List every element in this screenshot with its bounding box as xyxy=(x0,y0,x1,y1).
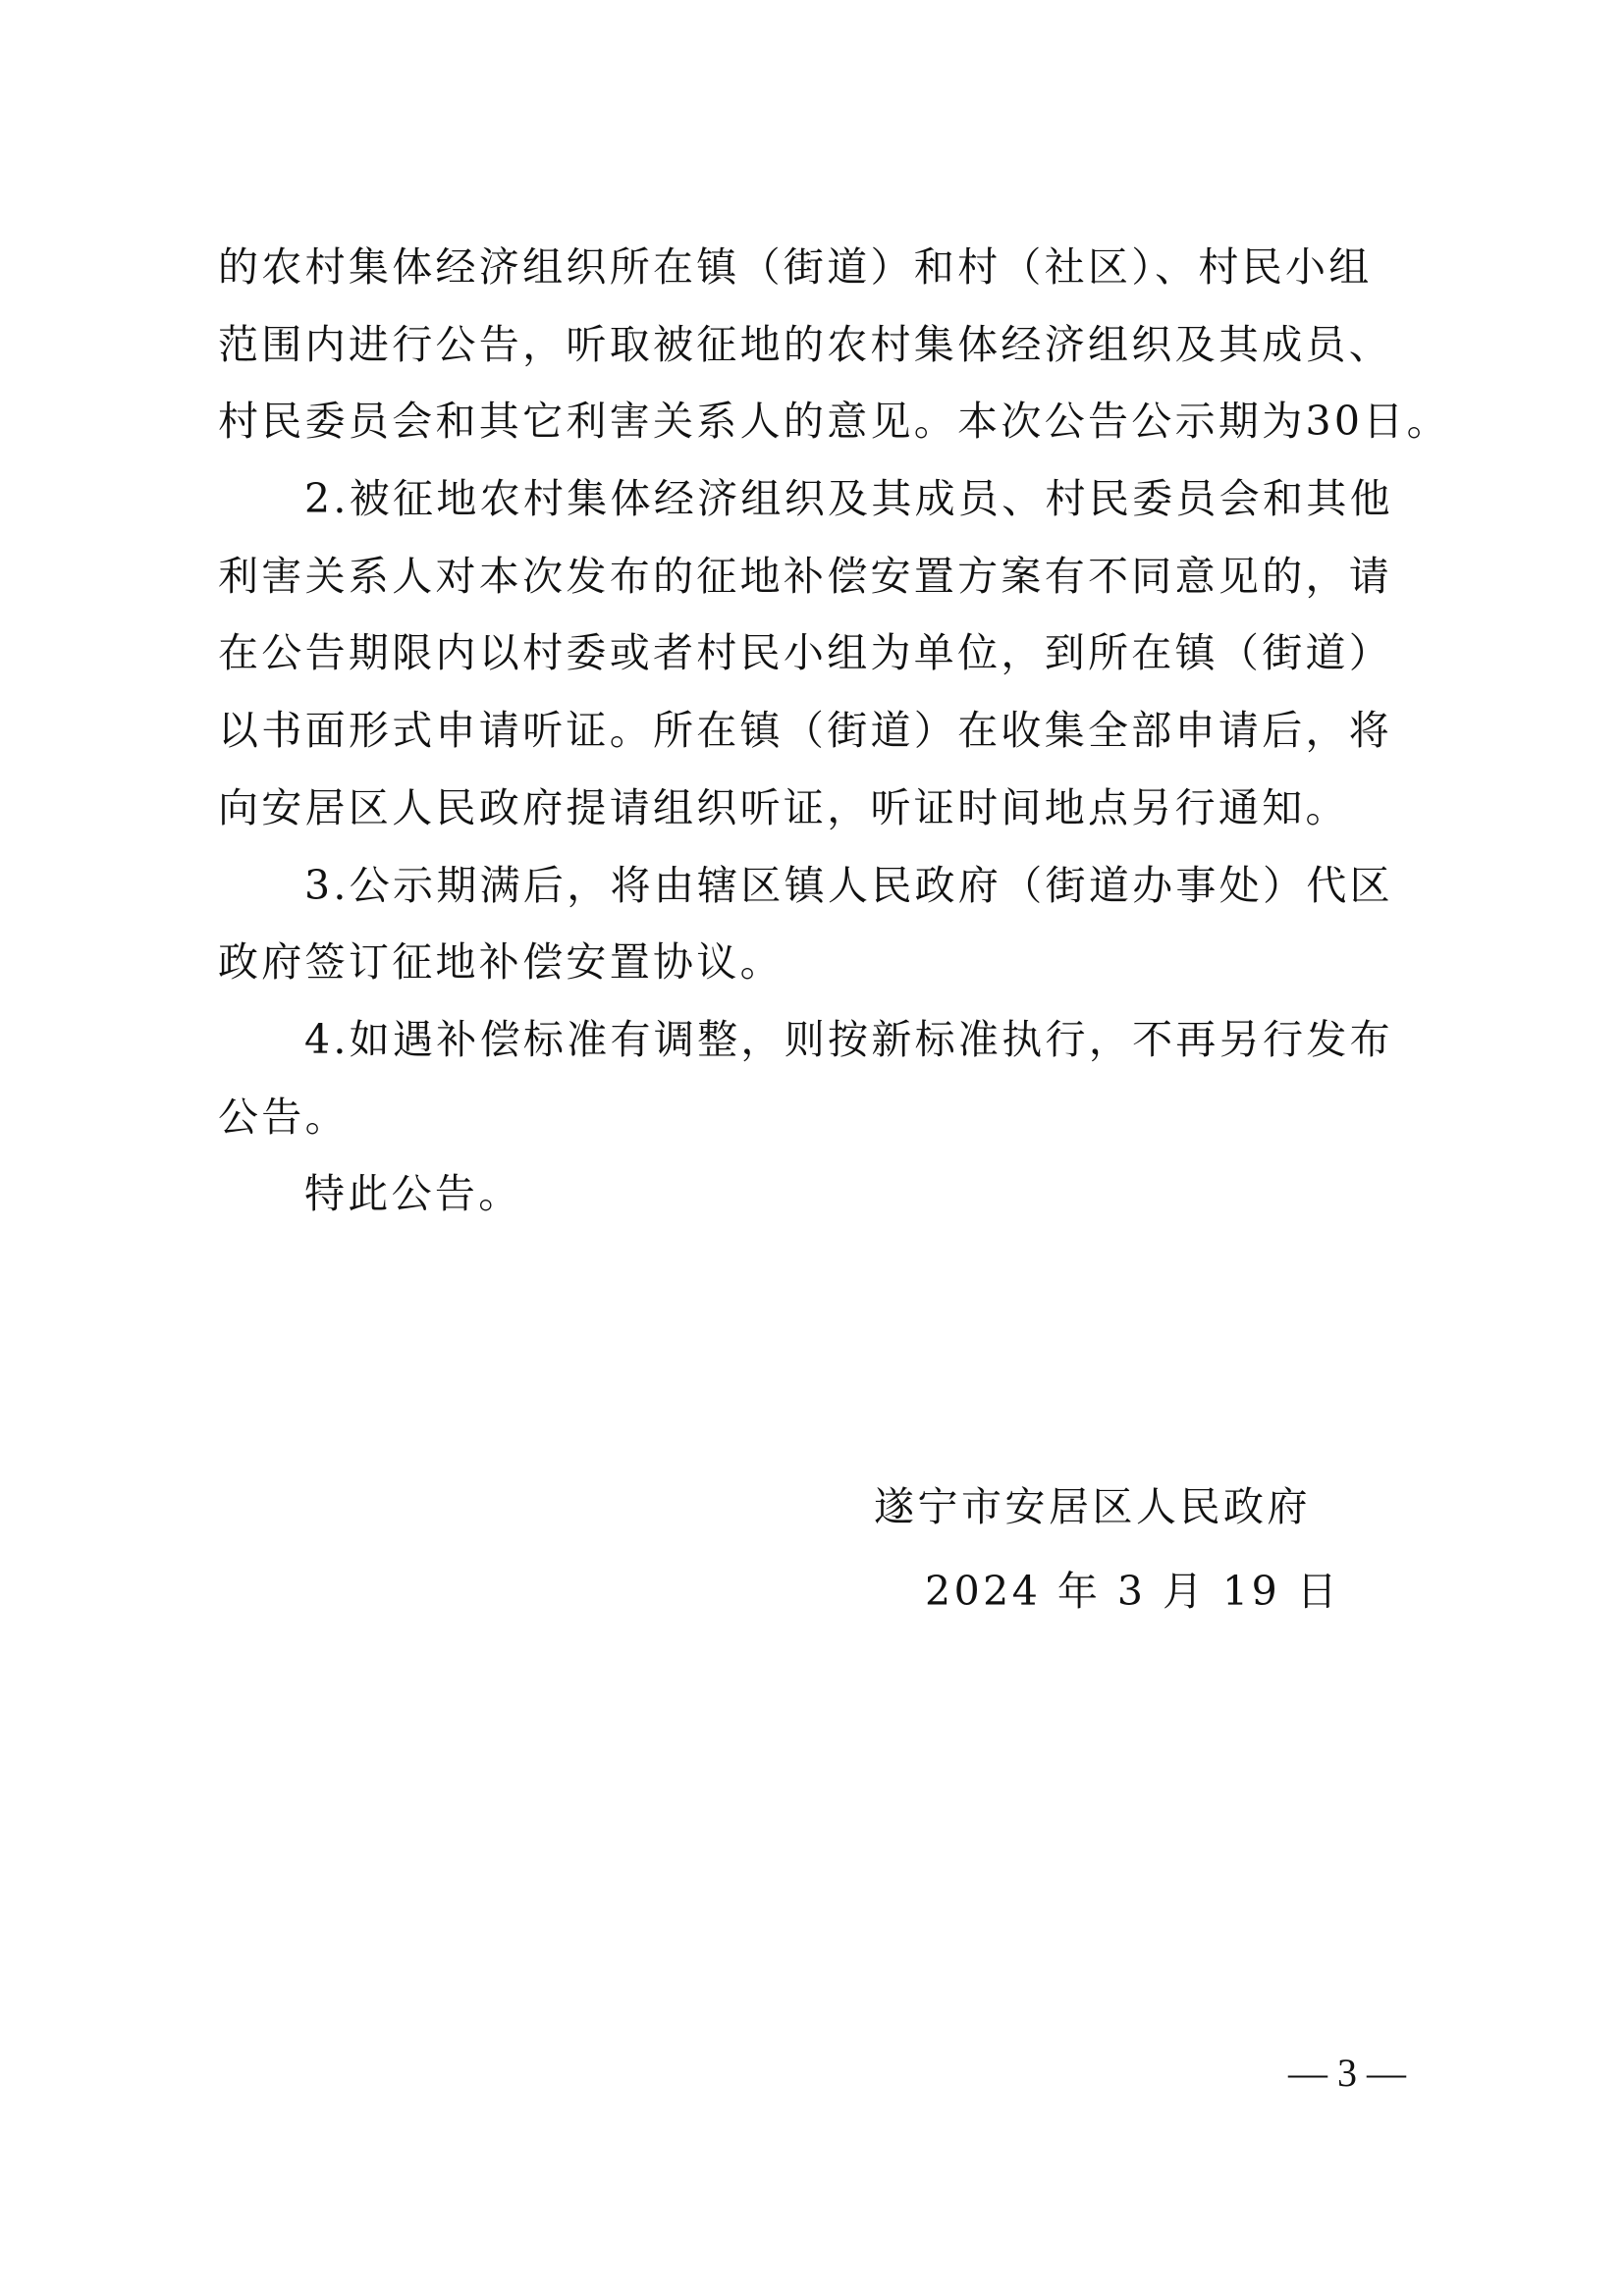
paragraph-1-line-3: 村民委员会和其它利害关系人的意见。本次公告公示期为30日。 xyxy=(218,383,1435,460)
paragraph-1-line-1: 的农村集体经济组织所在镇（街道）和村（社区）、村民小组 xyxy=(218,229,1435,306)
paragraph-2-line-3: 在公告期限内以村委或者村民小组为单位，到所在镇（街道） xyxy=(218,614,1435,692)
paragraph-2-line-1: 2.被征地农村集体经济组织及其成员、村民委员会和其他 xyxy=(218,460,1435,538)
notice-body: 的农村集体经济组织所在镇（街道）和村（社区）、村民小组 范围内进行公告，听取被征… xyxy=(218,229,1435,1233)
paragraph-2-line-2: 利害关系人对本次发布的征地补偿安置方案有不同意见的，请 xyxy=(218,538,1435,615)
paragraph-4-line-2: 公告。 xyxy=(218,1079,1435,1156)
paragraph-1-line-2: 范围内进行公告，听取被征地的农村集体经济组织及其成员、 xyxy=(218,306,1435,384)
paragraph-2-line-5: 向安居区人民政府提请组织听证，听证时间地点另行通知。 xyxy=(218,770,1435,847)
paragraph-2-line-4: 以书面形式申请听证。所在镇（街道）在收集全部申请后，将 xyxy=(218,692,1435,770)
paragraph-4-line-1: 4.如遇补偿标准有调整，则按新标准执行，不再另行发布 xyxy=(218,1001,1435,1079)
closing-statement: 特此公告。 xyxy=(218,1155,1435,1233)
issuing-organization: 遂宁市安居区人民政府 xyxy=(874,1482,1311,1531)
paragraph-3-line-2: 政府签订征地补偿安置协议。 xyxy=(218,924,1435,1001)
paragraph-3-line-1: 3.公示期满后，将由辖区镇人民政府（街道办事处）代区 xyxy=(218,847,1435,925)
document-page: 的农村集体经济组织所在镇（街道）和村（社区）、村民小组 范围内进行公告，听取被征… xyxy=(0,0,1624,2296)
page-number: — 3 — xyxy=(1288,2052,1406,2095)
issue-date: 2024 年 3 月 19 日 xyxy=(925,1567,1340,1616)
